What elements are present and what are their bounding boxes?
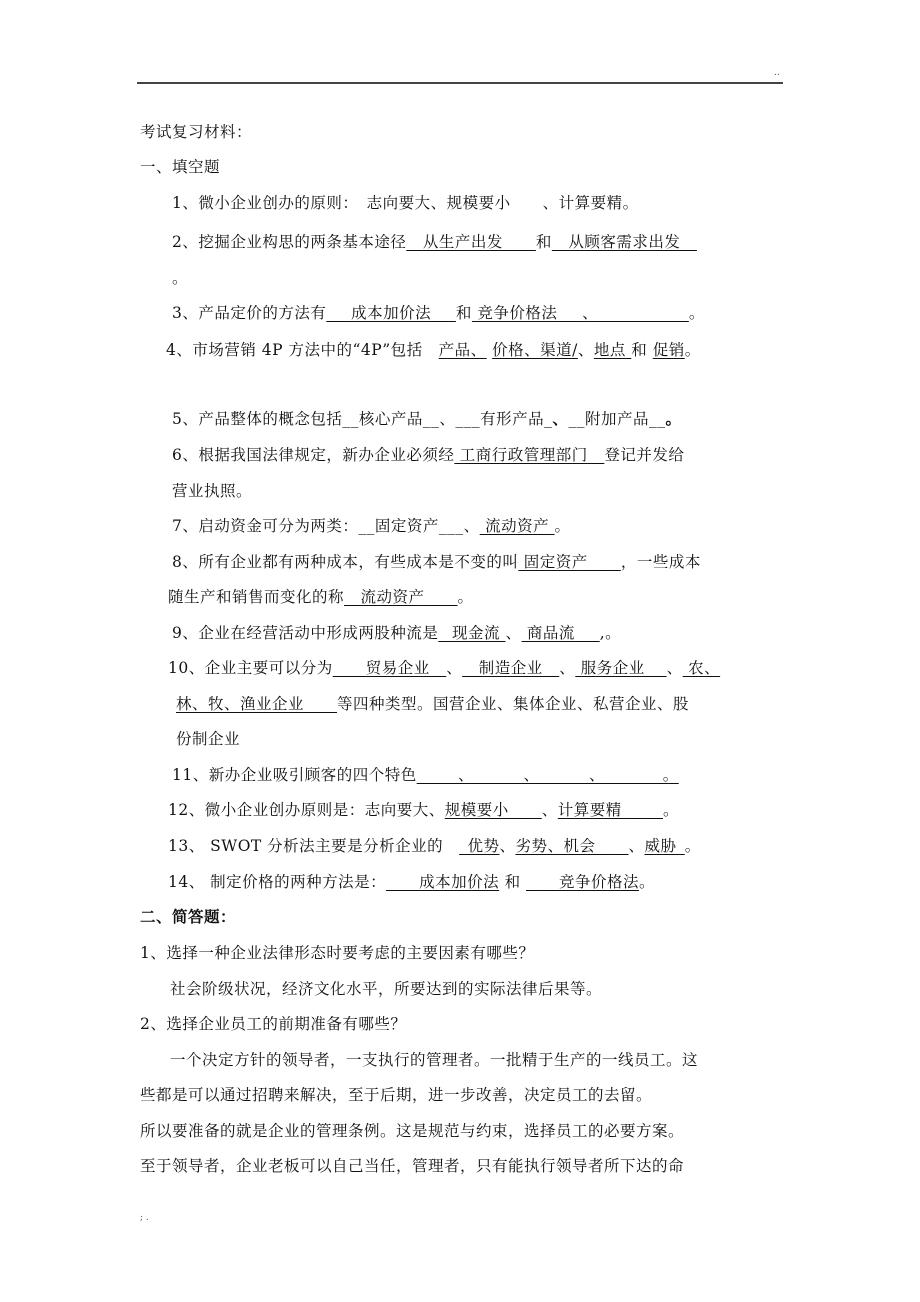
q13-tail: 。 — [685, 837, 701, 855]
question-3: 3、产品定价的方法有___成本加价法___和 竞争价格法___、________… — [172, 303, 705, 323]
q13-prefix: 13、 SWOT 分析法主要是分析企业的 — [168, 837, 459, 855]
q14-prefix: 14、 制定价格的两种方法是： — [168, 873, 386, 891]
header-rule — [137, 82, 783, 84]
q13-sep: 、 — [499, 837, 515, 855]
q8-cont-tail: 。 — [458, 588, 474, 606]
question-4: 4、市场营销 4P 方法中的“4P”包括 产品、 价格、渠道/、地点 和 促销。 — [166, 340, 701, 360]
question-1: 1、微小企业创办的原则： 志向要大、规模要小 、计算要精。 — [172, 193, 639, 213]
q8-prefix: 8、所有企业都有两种成本，有些成本是不变的叫 — [172, 553, 518, 571]
footer-mark: ; . — [140, 1213, 149, 1223]
q10-cont-tail: 等四种类型。国营企业、集体企业、私营企业、股 — [337, 695, 689, 713]
question-10: 10、企业主要可以分为____贸易企业__、__制造企业__、 服务企业 __、… — [168, 658, 720, 678]
short-answer-1: 社会阶级状况，经济文化水平，所要达到的实际法律后果等。 — [170, 979, 602, 999]
q6-answer-1: 工商行政管理部门__ — [454, 446, 604, 464]
q13-answer-3: 机会____ — [563, 837, 628, 855]
q2-mid: 和 — [536, 233, 552, 251]
q5-sep: 、 — [552, 410, 568, 428]
short-question-1: 1、选择一种企业法律形态时要考虑的主要因素有哪些？ — [140, 943, 534, 963]
question-14: 14、 制定价格的两种方法是：____成本加价法 和 ____竞争价格法。 — [168, 872, 655, 892]
q6-continuation: 营业执照。 — [172, 481, 252, 501]
q9-prefix: 9、企业在经营活动中形成两股种流是 — [172, 624, 438, 642]
q13-answer-1: _优势 — [459, 837, 499, 855]
q12-answer-1: 规模要小____ — [445, 801, 542, 819]
q5-answer-2: ___有形产品_ — [455, 410, 552, 428]
q10-answer-4-cont: 林、牧、渔业企业____ — [176, 695, 337, 713]
q4-answer-2: 价格、渠道/ — [492, 341, 578, 359]
q1-body: 志向要大、规模要小 、计算要精。 — [351, 194, 639, 212]
q8-answer-2: __流动资产____ — [344, 588, 458, 606]
q7-answer-1: __固定资产___ — [358, 517, 463, 535]
q9-answer-2: 商品流___ — [522, 624, 600, 642]
short-answer-2-line: 至于领导者，企业老板可以自己当任，管理者，只有能执行领导者所下达的命 — [140, 1156, 684, 1176]
question-6: 6、根据我国法律规定，新办企业必须经 工商行政管理部门__登记并发给 — [172, 445, 684, 465]
question-9: 9、企业在经营活动中形成两股种流是_ 现金流 、 商品流___,。 — [172, 623, 621, 643]
q3-answer-2: 竞争价格法___、___________ — [472, 304, 689, 322]
q10-answer-1: ____贸易企业__ — [333, 659, 447, 677]
question-11: 11、新办企业吸引顾客的四个特色_____、______、______、____… — [172, 765, 679, 785]
q5-sep: 、 — [439, 410, 455, 428]
q3-prefix: 3、产品定价的方法有 — [172, 304, 326, 322]
q8-tail: ，一些成本 — [621, 553, 701, 571]
q10-prefix: 10、企业主要可以分为 — [168, 659, 333, 677]
q13-answer-4: 威胁_ — [645, 837, 685, 855]
q8-cont-prefix: 随生产和销售而变化的称 — [168, 588, 344, 606]
q4-answer-4: 促销 — [653, 341, 685, 359]
q2-tail: 。 — [172, 268, 188, 288]
q9-sep: 、 — [505, 624, 521, 642]
header-mark: .. — [774, 68, 780, 78]
q8-answer-1: 固定资产____ — [518, 553, 620, 571]
q7-prefix: 7、启动资金可分为两类： — [172, 517, 358, 535]
short-question-2: 2、选择企业员工的前期准备有哪些？ — [140, 1014, 406, 1034]
q5-answer-3: __附加产品__ — [568, 410, 665, 428]
q12-sep: 、 — [542, 801, 558, 819]
q11-prefix: 11、新办企业吸引顾客的四个特色 — [172, 766, 417, 784]
q6-prefix: 6、根据我国法律规定，新办企业必须经 — [172, 446, 454, 464]
q10-continuation: 林、牧、渔业企业____等四种类型。国营企业、集体企业、私营企业、股 — [176, 694, 689, 714]
q10-answer-4: 农、 — [683, 659, 720, 677]
q4-answer-3: 地点 — [594, 341, 631, 359]
q2-prefix: 2、挖掘企业构思的两条基本途径 — [172, 233, 406, 251]
q9-tail: ,。 — [600, 624, 621, 642]
question-13: 13、 SWOT 分析法主要是分析企业的 _优势、劣势、机会____、威胁_。 — [168, 836, 701, 856]
q11-blanks: _____、______、______、_______。 — [417, 766, 679, 784]
q8-continuation: 随生产和销售而变化的称__流动资产____。 — [168, 587, 474, 607]
q10-continuation-2: 份制企业 — [176, 729, 240, 749]
q3-mid: 和 — [456, 304, 472, 322]
q4-tail: 。 — [685, 341, 701, 359]
q9-answer-1: _ 现金流 — [438, 624, 505, 642]
question-8: 8、所有企业都有两种成本，有些成本是不变的叫 固定资产____，一些成本 — [172, 552, 701, 572]
question-5: 5、产品整体的概念包括__核心产品__、___有形产品_、__附加产品__。 — [172, 409, 681, 429]
q4-answer-1: 产品、 — [439, 341, 487, 359]
short-answer-2-line: 些都是可以通过招聘来解决，至于后期，进一步改善，决定员工的去留。 — [140, 1085, 652, 1105]
question-2: 2、挖掘企业构思的两条基本途径__从生产出发____和__从顾客需求出发__ — [172, 232, 697, 252]
q12-prefix: 12、微小企业创办原则是：志向要大、 — [168, 801, 445, 819]
q6-tail: 登记并发给 — [604, 446, 684, 464]
section-heading-short-answer: 二、简答题： — [140, 907, 236, 927]
q4-mid: 和 — [631, 341, 652, 359]
q4-sep: 、 — [578, 341, 594, 359]
q5-tail: 。 — [665, 410, 681, 428]
q10-answer-3: 服务企业 __ — [575, 659, 666, 677]
q4-prefix: 4、市场营销 4P 方法中的“4P”包括 — [166, 341, 439, 359]
q10-answer-2: __制造企业__ — [462, 659, 559, 677]
q7-sep: 、 — [464, 517, 480, 535]
q5-answer-1: __核心产品__ — [342, 410, 439, 428]
q10-sep: 、 — [559, 659, 575, 677]
q3-tail: 。 — [689, 304, 705, 322]
q2-answer-2: __从顾客需求出发__ — [552, 233, 697, 251]
q13-answer-2: 劣势、 — [515, 837, 563, 855]
q5-prefix: 5、产品整体的概念包括 — [172, 410, 342, 428]
short-answer-2-line: 一个决定方针的领导者，一支执行的管理者。一批精于生产的一线员工。这 — [170, 1050, 698, 1070]
q12-answer-2: 计算要精_____ — [558, 801, 663, 819]
q13-sep: 、 — [629, 837, 645, 855]
q14-tail: 。 — [639, 873, 655, 891]
q14-answer-2: ____竞争价格法 — [526, 873, 639, 891]
question-7: 7、启动资金可分为两类：__固定资产___、 流动资产 。 — [172, 516, 571, 536]
q2-answer-1: __从生产出发____ — [406, 233, 536, 251]
q1-prefix: 1、微小企业创办的原则： — [172, 194, 351, 212]
q7-tail: 。 — [555, 517, 571, 535]
q10-sep: 、 — [667, 659, 683, 677]
question-12: 12、微小企业创办原则是：志向要大、规模要小____、计算要精_____。 — [168, 800, 679, 820]
q12-tail: 。 — [663, 801, 679, 819]
document-title: 考试复习材料： — [140, 122, 252, 142]
q7-answer-2: 流动资产 — [480, 517, 555, 535]
short-answer-2-line: 所以要准备的就是企业的管理条例。这是规范与约束，选择员工的必要方案。 — [140, 1121, 684, 1141]
q14-answer-1: ____成本加价法 — [386, 873, 499, 891]
q10-sep: 、 — [446, 659, 462, 677]
q3-answer-1: ___成本加价法___ — [326, 304, 456, 322]
q14-mid: 和 — [499, 873, 526, 891]
section-heading-fill-in: 一、填空题 — [140, 157, 220, 177]
